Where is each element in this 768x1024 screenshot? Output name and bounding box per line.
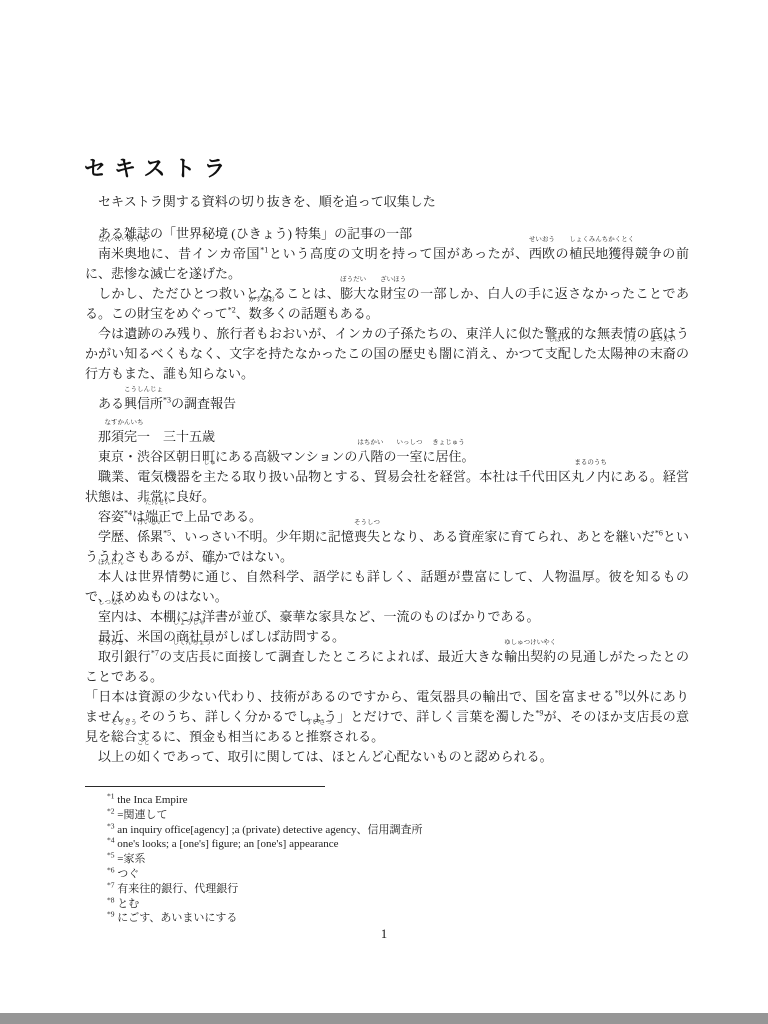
furigana-base: 膨大ぼうだい	[340, 284, 366, 304]
furigana-base: 通つう	[205, 567, 218, 587]
paragraph: しかし、ただひとつ救いとなることは、膨大ぼうだいな財宝ざいほうの一部しか、白人の…	[85, 284, 689, 324]
page-title: セキストラ	[84, 152, 234, 183]
furigana-base: 本人ほんにん	[98, 567, 124, 587]
paragraph: 本人ほんにんは世界情勢に通つうじ、自然科学、語学にも詳しく、話題が豊富にして、人…	[85, 567, 689, 607]
furigana-annotation: まるのうち	[574, 460, 607, 467]
furigana-base: 室内しつない	[98, 607, 124, 627]
furigana-annotation: こうしんじょ	[124, 387, 163, 394]
furigana-annotation: かずおお	[249, 297, 275, 304]
footnote-marker: *7	[107, 880, 115, 889]
furigana-base: 興信所こうしんじょ	[124, 394, 163, 414]
furigana-annotation: しょくみんちかくとく	[569, 237, 634, 244]
footnote-reference: *8	[615, 689, 623, 698]
furigana-annotation: ゆしゅつけいやく	[504, 640, 556, 647]
furigana-base: 主しゅ	[203, 467, 216, 487]
page-number: 1	[0, 927, 768, 942]
furigana-annotation: してんちょう	[172, 640, 211, 647]
furigana-annotation: せいおう	[529, 237, 555, 244]
furigana-annotation: つう	[205, 560, 218, 567]
furigana-base: 推察すいさつ	[306, 727, 332, 747]
furigana-base: 一室いっしつ	[396, 447, 422, 467]
furigana-base: 奥地おくち	[124, 244, 150, 264]
furigana-base: 財宝ざいほう	[380, 284, 406, 304]
footnote-marker: *2	[107, 806, 115, 815]
furigana-base: 如ごと	[137, 747, 150, 767]
furigana-annotation: ごと	[137, 740, 150, 747]
furigana-annotation: ざいほう	[380, 277, 406, 284]
footnote-reference: *9	[535, 709, 543, 718]
furigana-annotation: たんせい	[145, 500, 171, 507]
furigana-annotation: しはい	[548, 337, 568, 344]
footnote-marker: *5	[107, 851, 115, 860]
footnote-reference: *4	[124, 509, 132, 518]
furigana-annotation: ぼうだい	[340, 277, 366, 284]
furigana-annotation: おくち	[127, 237, 147, 244]
footnote-marker: *3	[107, 821, 115, 830]
furigana-base: 八階はちかい	[357, 447, 383, 467]
paragraph: 「日本は資源の少ない代わり、技術があるのですから、電気器具の輸出で、国を富ませる…	[85, 687, 689, 747]
furigana-base: 取引とりひき	[98, 647, 124, 667]
footnote-reference: *7	[151, 649, 159, 658]
furigana-annotation: なんべい	[98, 237, 124, 244]
footnote-item: *1 the Inca Empire	[85, 793, 685, 808]
furigana-base: 数多かずおお	[249, 304, 275, 324]
footnote-separator	[85, 786, 325, 787]
furigana-base: 西欧せいおう	[529, 244, 555, 264]
furigana-base: 南米なんべい	[98, 244, 124, 264]
furigana-base: 居住きょじゅう	[435, 447, 461, 467]
furigana-base: 喪失そうしつ	[354, 527, 380, 547]
paragraph: 那須完一なすかんいち 三十五歳	[85, 427, 689, 447]
furigana-base: 総合そうごう	[111, 727, 137, 747]
furigana-annotation: しん	[624, 337, 637, 344]
furigana-base: 那須完一なすかんいち	[98, 427, 150, 447]
furigana-annotation: しゅ	[203, 460, 216, 467]
furigana-base: 輸出契約ゆしゅつけいやく	[504, 647, 556, 667]
document-page: セキストラ セキストラ関する資料の切り抜きを、順を追って収集したある雑誌の「世界…	[0, 0, 768, 1024]
furigana-annotation: しつない	[98, 600, 124, 607]
furigana-base: 末裔まつえい	[650, 344, 676, 364]
footnote-item: *7 有来往的銀行、代理銀行	[85, 882, 685, 897]
footnote-list: *1 the Inca Empire*2 =関連して*3 an inquiry …	[85, 793, 685, 926]
furigana-annotation: なすかんいち	[105, 420, 144, 427]
paragraph: セキストラ関する資料の切り抜きを、順を追って収集した	[85, 192, 689, 212]
footnote-item: *3 an inquiry office[agency] ;a (private…	[85, 823, 685, 838]
furigana-annotation: ほんにん	[98, 560, 124, 567]
footnote-reference: *3	[163, 396, 171, 405]
furigana-annotation: そうごう	[111, 720, 137, 727]
furigana-annotation: いっしつ	[396, 440, 422, 447]
footnote-marker: *9	[107, 910, 115, 919]
footnote-reference: *6	[655, 529, 663, 538]
furigana-annotation: そうしつ	[354, 520, 380, 527]
footnote-reference: *1	[260, 246, 268, 255]
furigana-base: 植民地獲得しょくみんちかくとく	[569, 244, 634, 264]
paragraph: 職業、電気機器を主しゅたる取り扱い品物とする、貿易会社を経営。本社は千代田区丸ノ…	[85, 467, 689, 507]
paragraph: 学歴、係累けいるい*5、いっさい不明。少年期に記憶喪失そうしつとなり、ある資産家…	[85, 527, 689, 567]
furigana-annotation: しょうしゃ	[173, 620, 206, 627]
paragraph: ある興信所こうしんじょ*3の調査報告	[85, 394, 689, 414]
paragraph: 今は遺跡のみ残り、旅行者もおおいが、インカの子孫たちの、東洋人に似た警戒的な無表…	[85, 324, 689, 384]
furigana-base: 丸ノ内まるのうち	[571, 467, 610, 487]
footnote-marker: *4	[107, 836, 115, 845]
furigana-annotation: はちかい	[357, 440, 383, 447]
paragraph: 容姿*4は端正たんせいで上品である。	[85, 507, 689, 527]
viewer-bottom-bar	[0, 1013, 768, 1024]
footnote-marker: *8	[107, 895, 115, 904]
footnote-item: *5 =家系	[85, 852, 685, 867]
footnote-item: *4 one's looks; a [one's] figure; an [on…	[85, 837, 685, 852]
footnote-item: *6 つぐ	[85, 867, 685, 882]
footnote-reference: *2	[228, 306, 236, 315]
furigana-base: 支配しはい	[545, 344, 571, 364]
footnote-reference: *5	[163, 529, 171, 538]
footnote-item: *8 とむ	[85, 897, 685, 912]
footnote-item: *9 にごす、あいまいにする	[85, 911, 685, 926]
footnote-marker: *6	[107, 865, 115, 874]
furigana-annotation: きょじゅう	[432, 440, 465, 447]
footnote-marker: *1	[107, 791, 115, 800]
furigana-annotation: すいさつ	[306, 720, 332, 727]
furigana-annotation: けいるい	[137, 520, 163, 527]
furigana-base: 支店長してんちょう	[172, 647, 211, 667]
footnote-item: *2 =関連して	[85, 808, 685, 823]
furigana-base: 係累けいるい	[137, 527, 163, 547]
furigana-annotation: まつえい	[650, 337, 676, 344]
paragraph: 以上の如ごとくであって、取引に関しては、ほとんど心配ないものと認められる。	[85, 747, 689, 767]
body-text: セキストラ関する資料の切り抜きを、順を追って収集したある雑誌の「世界秘境 (ひき…	[85, 192, 689, 767]
furigana-annotation: とりひき	[98, 640, 124, 647]
furigana-base: 神しん	[624, 344, 637, 364]
paragraph: 取引とりひき銀行*7の支店長してんちょうに面接して調査したところによれば、最近大…	[85, 647, 689, 687]
